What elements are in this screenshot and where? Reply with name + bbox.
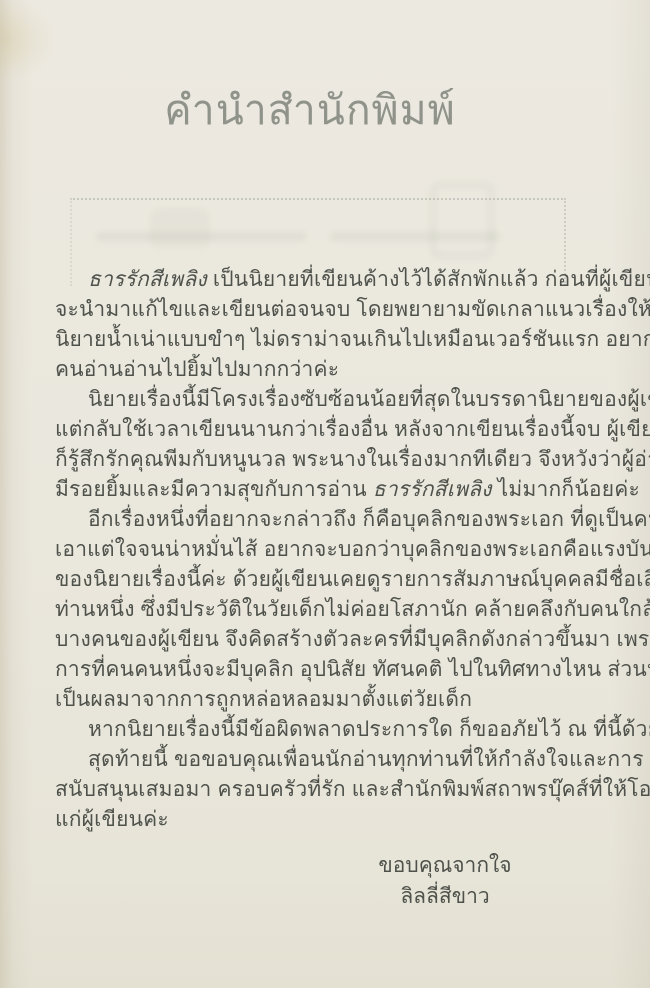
paragraph: นิยายเรื่องนี้มีโครงเรื่องซับซ้อนน้อยที่… xyxy=(55,385,603,505)
text-line: นิยายน้ำเน่าแบบขำๆ ไม่ดราม่าจนเกินไปเหมื… xyxy=(55,325,603,355)
novel-title-text: ธารรักสีเพลิง xyxy=(373,478,492,501)
text-segment: ไม่มากก็น้อยค่ะ xyxy=(492,478,640,501)
preface-body: ธารรักสีเพลิง เป็นนิยายที่เขียนค้างไว้ได… xyxy=(55,265,603,835)
paragraph: หากนิยายเรื่องนี้มีข้อผิดพลาดประการใด ก็… xyxy=(55,715,603,745)
text-line: ก็รู้สึกรักคุณพีมกับหนูนวล พระนางในเรื่อ… xyxy=(55,445,603,475)
text-line: ท่านหนึ่ง ซึ่งมีประวัติในวัยเด็กไม่ค่อยโ… xyxy=(55,595,603,625)
paragraph: สุดท้ายนี้ ขอขอบคุณเพื่อนนักอ่านทุกท่านท… xyxy=(55,745,603,835)
text-line: มีรอยยิ้มและมีความสุขกับการอ่าน ธารรักสี… xyxy=(55,475,603,505)
text-line: สนับสนุนเสมอมา ครอบครัวที่รัก และสำนักพิ… xyxy=(55,775,603,805)
signature-block: ขอบคุณจากใจ ลิลลี่สีขาว xyxy=(320,850,570,912)
text-line: ของนิยายเรื่องนี้ค่ะ ด้วยผู้เขียนเคยดูรา… xyxy=(55,565,603,595)
scanned-book-page: คำนำสำนักพิมพ์ ธารรักสีเพลิง เป็นนิยายที… xyxy=(0,0,650,988)
text-line: บางคนของผู้เขียน จึงคิดสร้างตัวละครที่มี… xyxy=(55,625,603,655)
text-line: การที่คนคนหนึ่งจะมีบุคลิก อุปนิสัย ทัศนค… xyxy=(55,655,603,685)
text-line: สุดท้ายนี้ ขอขอบคุณเพื่อนนักอ่านทุกท่านท… xyxy=(55,745,603,775)
showthrough-blob xyxy=(150,208,210,248)
paragraph: อีกเรื่องหนึ่งที่อยากจะกล่าวถึง ก็คือบุค… xyxy=(55,505,603,715)
showthrough-blob xyxy=(430,182,494,258)
novel-title-text: ธารรักสีเพลิง xyxy=(88,268,207,291)
showthrough-blob xyxy=(330,232,500,241)
text-line: แก่ผู้เขียนค่ะ xyxy=(55,805,603,835)
text-line: นิยายเรื่องนี้มีโครงเรื่องซับซ้อนน้อยที่… xyxy=(55,385,603,415)
page-title: คำนำสำนักพิมพ์ xyxy=(0,78,620,143)
text-line: คนอ่านอ่านไปยิ้มไปมากกว่าค่ะ xyxy=(55,355,603,385)
text-line: อีกเรื่องหนึ่งที่อยากจะกล่าวถึง ก็คือบุค… xyxy=(55,505,603,535)
showthrough-blob xyxy=(96,232,306,241)
text-segment: มีรอยยิ้มและมีความสุขกับการอ่าน xyxy=(55,478,373,501)
paragraph: ธารรักสีเพลิง เป็นนิยายที่เขียนค้างไว้ได… xyxy=(55,265,603,385)
text-segment: เป็นนิยายที่เขียนค้างไว้ได้สักพักแล้ว ก่… xyxy=(207,268,650,291)
text-line: เป็นผลมาจากการถูกหล่อหลอมมาตั้งแต่วัยเด็… xyxy=(55,685,603,715)
signature-thanks: ขอบคุณจากใจ xyxy=(320,850,570,881)
text-line: แต่กลับใช้เวลาเขียนนานกว่าเรื่องอื่น หลั… xyxy=(55,415,603,445)
text-line: เอาแต่ใจจนน่าหมั่นไส้ อยากจะบอกว่าบุคลิก… xyxy=(55,535,603,565)
signature-author: ลิลลี่สีขาว xyxy=(320,881,570,912)
text-line: จะนำมาแก้ไขและเขียนต่อจนจบ โดยพยายามขัดเ… xyxy=(55,295,603,325)
text-line: ธารรักสีเพลิง เป็นนิยายที่เขียนค้างไว้ได… xyxy=(55,265,603,295)
text-line: หากนิยายเรื่องนี้มีข้อผิดพลาดประการใด ก็… xyxy=(55,715,603,745)
